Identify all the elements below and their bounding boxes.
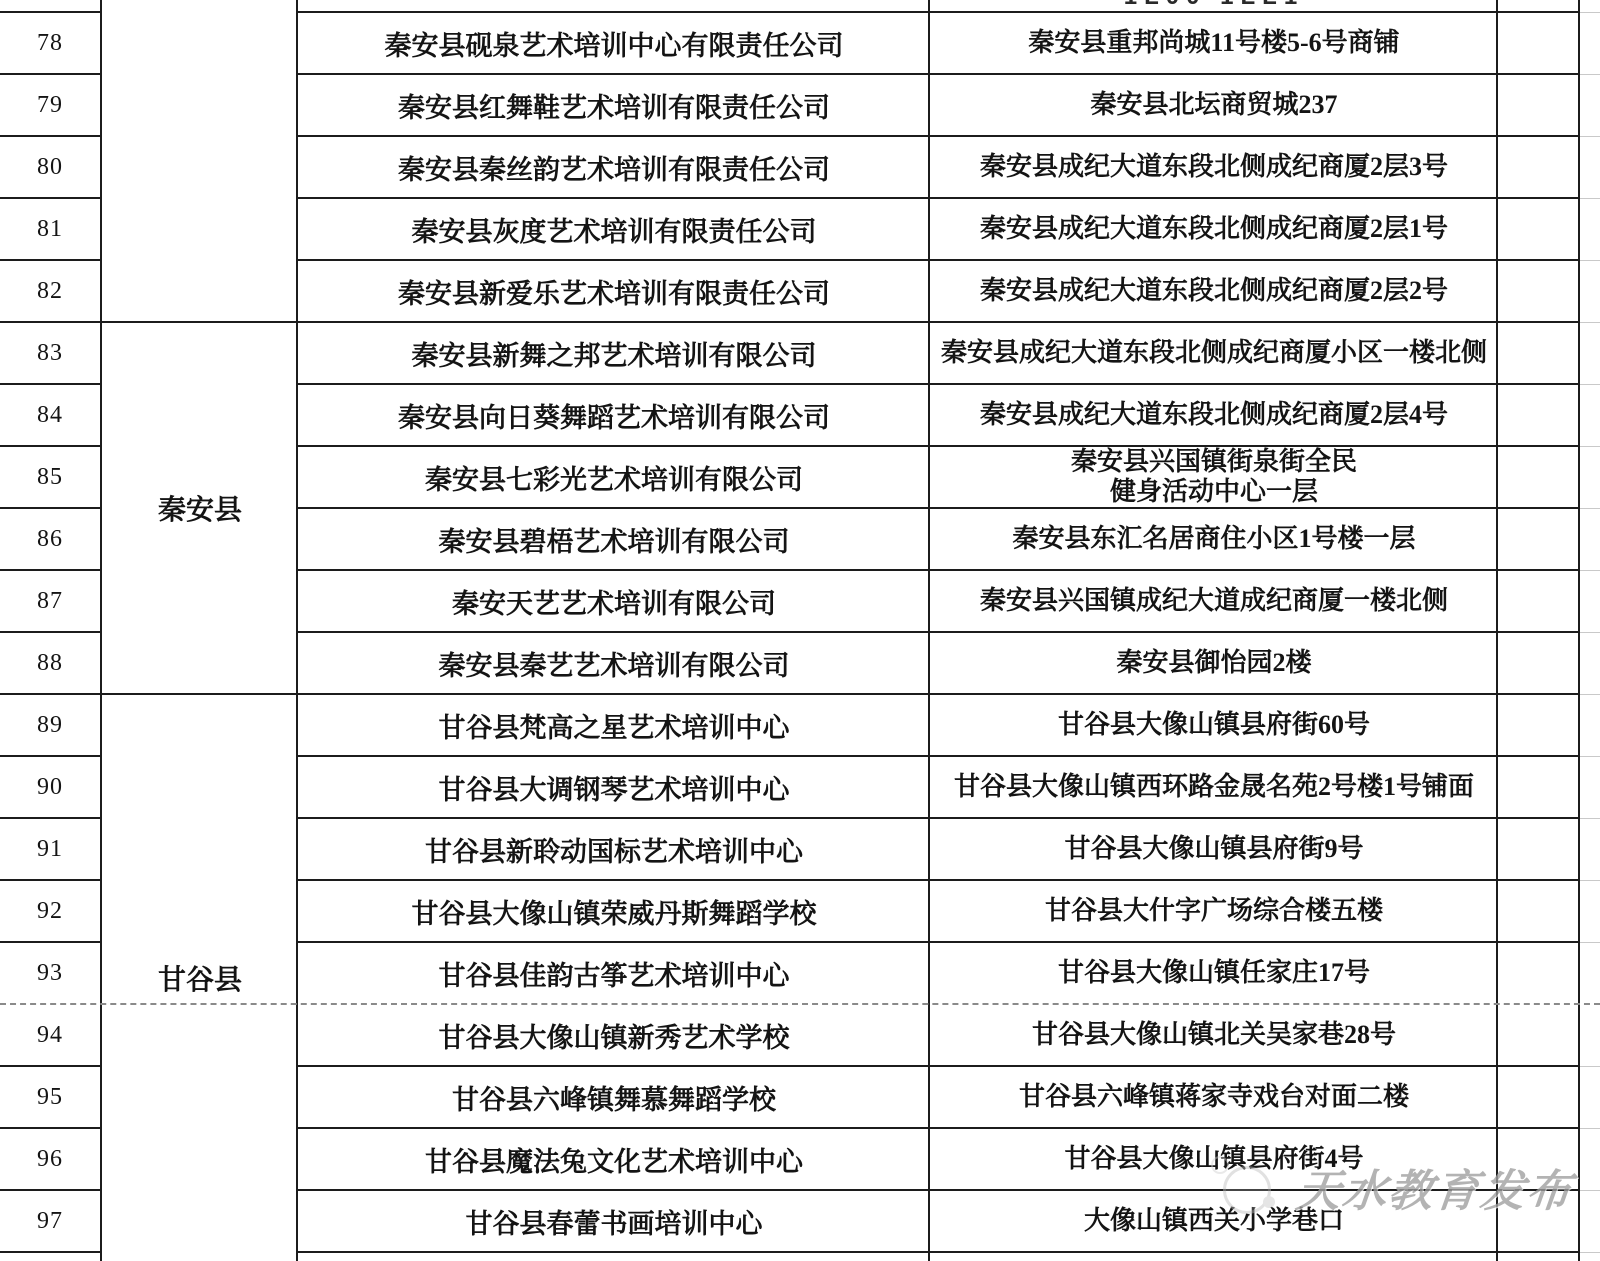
h-grid-line <box>0 73 102 75</box>
h-grid-line <box>0 1189 102 1191</box>
address-cell: 大像山镇西关小学巷口 <box>932 1190 1496 1252</box>
institution-name-cell: 秦安县砚泉艺术培训中心有限责任公司 <box>300 12 928 74</box>
address-cell: 秦安县成纪大道东段北侧成纪商厦2层3号 <box>932 136 1496 198</box>
institution-name-cell: 秦安县七彩光艺术培训有限公司 <box>300 446 928 508</box>
h-grid-line <box>102 693 298 695</box>
h-grid-line <box>0 755 102 757</box>
h-grid-line-faint <box>1580 1190 1600 1191</box>
screenshot-root: 78秦安县砚泉艺术培训中心有限责任公司秦安县重邦尚城11号楼5-6号商铺79秦安… <box>0 0 1600 1261</box>
row-number-cell: 82 <box>0 260 100 322</box>
institution-name-cell: 甘谷县六峰镇舞慕舞蹈学校 <box>300 1066 928 1128</box>
h-grid-line-faint <box>1580 446 1600 447</box>
h-grid-line <box>296 1251 1580 1253</box>
row-number-cell: 84 <box>0 384 100 446</box>
h-grid-line-faint <box>1580 198 1600 199</box>
h-grid-line <box>296 259 1580 261</box>
address-cell: 甘谷县大什字广场综合楼五楼 <box>932 880 1496 942</box>
address-cell: 甘谷县大像山镇县府街60号 <box>932 694 1496 756</box>
institution-name-cell: 甘谷县大像山镇新秀艺术学校 <box>300 1004 928 1066</box>
row-number-cell: 94 <box>0 1004 100 1066</box>
h-grid-line <box>0 197 102 199</box>
address-cell: 秦安县成纪大道东段北侧成纪商厦2层4号 <box>932 384 1496 446</box>
h-grid-line <box>0 1251 102 1253</box>
h-grid-line-faint <box>1580 570 1600 571</box>
address-cell: 甘谷县六峰镇蒋家寺戏台对面二楼 <box>932 1066 1496 1128</box>
row-number-cell: 81 <box>0 198 100 260</box>
h-grid-line-faint <box>1580 756 1600 757</box>
address-cell: 秦安县兴国镇成纪大道成纪商厦一楼北侧 <box>932 570 1496 632</box>
page-break-dashed-line <box>0 1003 1600 1005</box>
row-number-cell: 90 <box>0 756 100 818</box>
h-grid-line-faint <box>1580 260 1600 261</box>
row-number-cell: 91 <box>0 818 100 880</box>
row-number-cell: 89 <box>0 694 100 756</box>
h-grid-line <box>0 11 102 13</box>
h-grid-line-faint <box>1580 1128 1600 1129</box>
h-grid-line-faint <box>1580 1252 1600 1253</box>
h-grid-line <box>0 631 102 633</box>
h-grid-line-faint <box>1580 1066 1600 1067</box>
h-grid-line-faint <box>1580 694 1600 695</box>
row-number-cell: 92 <box>0 880 100 942</box>
h-grid-line <box>296 817 1580 819</box>
h-grid-line <box>0 383 102 385</box>
h-grid-line <box>0 259 102 261</box>
h-grid-line <box>0 817 102 819</box>
address-cell: 秦安县成纪大道东段北侧成纪商厦2层2号 <box>932 260 1496 322</box>
institution-name-cell: 甘谷县大调钢琴艺术培训中心 <box>300 756 928 818</box>
h-grid-line <box>296 73 1580 75</box>
address-cell: 秦安县兴国镇街泉街全民 健身活动中心一层 <box>932 446 1496 508</box>
row-number-cell: 93 <box>0 942 100 1004</box>
address-cell: 秦安县北坛商贸城237 <box>932 74 1496 136</box>
h-grid-line <box>0 941 102 943</box>
h-grid-line <box>296 755 1580 757</box>
h-grid-line <box>296 383 1580 385</box>
h-grid-line <box>0 569 102 571</box>
h-grid-line <box>296 941 1580 943</box>
address-cell: 秦安县重邦尚城11号楼5-6号商铺 <box>932 12 1496 74</box>
h-grid-line <box>296 693 1580 695</box>
row-number-cell: 95 <box>0 1066 100 1128</box>
h-grid-line <box>296 1189 1580 1191</box>
institution-name-cell: 甘谷县春蕾书画培训中心 <box>300 1190 928 1252</box>
address-cell: 甘谷县大像山镇任家庄17号 <box>932 942 1496 1004</box>
h-grid-line <box>0 1127 102 1129</box>
top-partial-address-fragment: 1L00 1LL1 <box>932 0 1496 10</box>
h-grid-line-faint <box>1580 818 1600 819</box>
county-merged-cell: 秦安县 <box>104 322 296 694</box>
h-grid-line-faint <box>1580 632 1600 633</box>
h-grid-line <box>296 879 1580 881</box>
row-number-cell: 83 <box>0 322 100 384</box>
institution-name-cell: 甘谷县佳韵古筝艺术培训中心 <box>300 942 928 1004</box>
row-number-cell: 79 <box>0 74 100 136</box>
row-number-cell: 87 <box>0 570 100 632</box>
h-grid-line <box>296 445 1580 447</box>
h-grid-line <box>0 1065 102 1067</box>
row-number-cell: 80 <box>0 136 100 198</box>
county-merged-cell <box>104 0 296 322</box>
address-cell: 秦安县东汇名居商住小区1号楼一层 <box>932 508 1496 570</box>
h-grid-line-faint <box>1580 12 1600 13</box>
address-cell: 甘谷县大像山镇西环路金晟名苑2号楼1号铺面 <box>932 756 1496 818</box>
h-grid-line <box>296 569 1580 571</box>
row-number-cell: 88 <box>0 632 100 694</box>
institution-name-cell: 秦安县秦艺艺术培训有限公司 <box>300 632 928 694</box>
h-grid-line-faint <box>1580 508 1600 509</box>
institution-name-cell: 秦安县碧梧艺术培训有限公司 <box>300 508 928 570</box>
institution-name-cell: 甘谷县大像山镇荣威丹斯舞蹈学校 <box>300 880 928 942</box>
institution-name-cell: 秦安县灰度艺术培训有限责任公司 <box>300 198 928 260</box>
h-grid-line <box>0 321 102 323</box>
h-grid-line <box>296 1127 1580 1129</box>
institution-name-cell: 秦安县新舞之邦艺术培训有限公司 <box>300 322 928 384</box>
h-grid-line-faint <box>1580 880 1600 881</box>
h-grid-line <box>296 135 1580 137</box>
row-number-cell: 86 <box>0 508 100 570</box>
address-cell: 甘谷县大像山镇县府街9号 <box>932 818 1496 880</box>
h-grid-line <box>296 197 1580 199</box>
h-grid-line <box>0 507 102 509</box>
h-grid-line-faint <box>1580 384 1600 385</box>
h-grid-line-faint <box>1580 942 1600 943</box>
institution-name-cell: 秦安县秦丝韵艺术培训有限责任公司 <box>300 136 928 198</box>
address-cell: 秦安县御怡园2楼 <box>932 632 1496 694</box>
county-merged-cell: 甘谷县 <box>104 694 296 1261</box>
institution-name-cell: 秦安县红舞鞋艺术培训有限责任公司 <box>300 74 928 136</box>
h-grid-line-faint <box>1580 74 1600 75</box>
institution-name-cell: 甘谷县梵高之星艺术培训中心 <box>300 694 928 756</box>
h-grid-line <box>296 631 1580 633</box>
h-grid-line <box>296 507 1580 509</box>
h-grid-line <box>296 321 1580 323</box>
institution-name-cell: 秦安天艺艺术培训有限公司 <box>300 570 928 632</box>
h-grid-line <box>296 1065 1580 1067</box>
institution-name-cell: 秦安县向日葵舞蹈艺术培训有限公司 <box>300 384 928 446</box>
institution-name-cell: 甘谷县魔法兔文化艺术培训中心 <box>300 1128 928 1190</box>
address-cell: 秦安县成纪大道东段北侧成纪商厦小区一楼北侧 <box>932 322 1496 384</box>
h-grid-line <box>0 135 102 137</box>
h-grid-line-faint <box>1580 322 1600 323</box>
h-grid-line <box>0 879 102 881</box>
institution-name-cell: 甘谷县新聆动国标艺术培训中心 <box>300 818 928 880</box>
h-grid-line <box>0 445 102 447</box>
row-number-cell: 85 <box>0 446 100 508</box>
h-grid-line <box>0 693 102 695</box>
top-partial-address-clip: 1L00 1LL1 <box>932 0 1496 10</box>
address-cell: 甘谷县大像山镇北关吴家巷28号 <box>932 1004 1496 1066</box>
h-grid-line <box>102 321 298 323</box>
address-cell: 甘谷县大像山镇县府街4号 <box>932 1128 1496 1190</box>
row-number-cell: 97 <box>0 1190 100 1252</box>
row-number-cell: 96 <box>0 1128 100 1190</box>
address-cell: 秦安县成纪大道东段北侧成纪商厦2层1号 <box>932 198 1496 260</box>
row-number-cell: 78 <box>0 12 100 74</box>
h-grid-line-faint <box>1580 136 1600 137</box>
institution-name-cell: 秦安县新爱乐艺术培训有限责任公司 <box>300 260 928 322</box>
h-grid-line <box>296 11 1580 13</box>
